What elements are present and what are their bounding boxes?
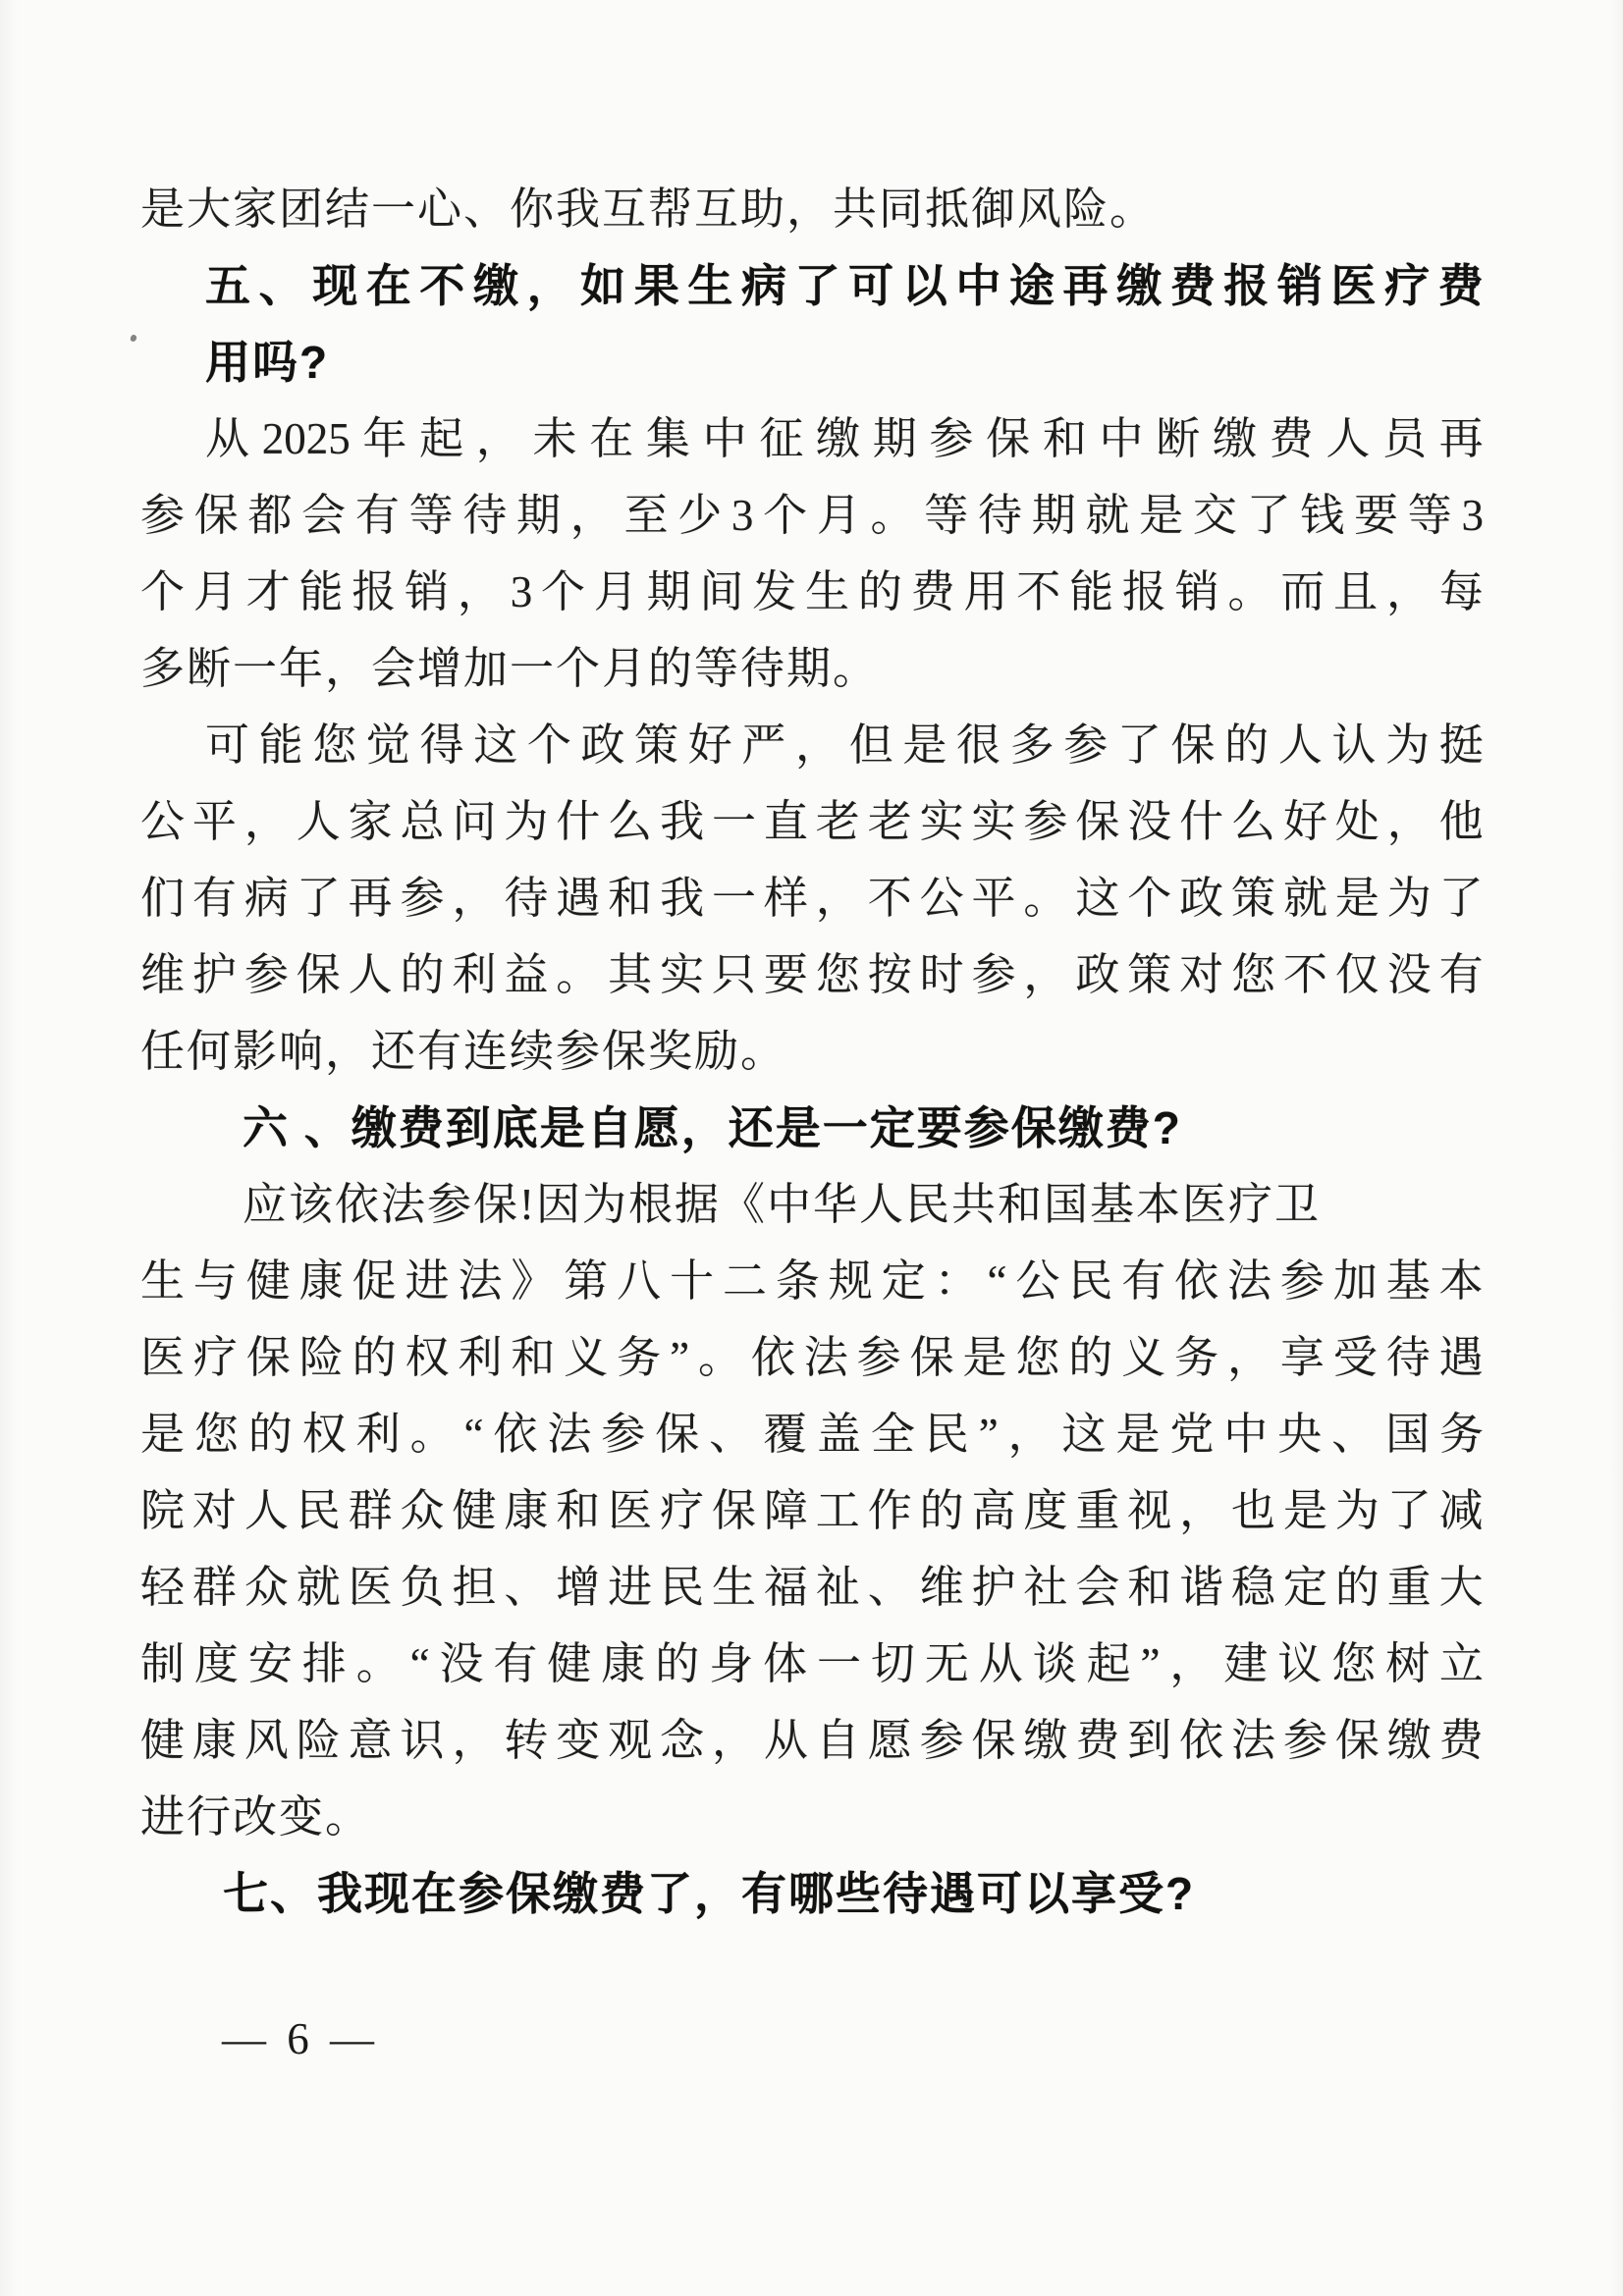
text-line: 维护参保人的利益。其实只要您按时参，政策对您不仅没有 <box>140 936 1484 1013</box>
document-text-block: 是大家团结一心、你我互帮互助，共同抵御风险。 五、现在不缴，如果生病了可以中途再… <box>140 171 1484 1932</box>
text-line: 们有病了再参，待遇和我一样，不公平。这个政策就是为了 <box>140 860 1484 936</box>
text-line: 多断一年，会增加一个月的等待期。 <box>140 630 1484 707</box>
page-number: — 6 — <box>222 2004 379 2073</box>
text-line: 是大家团结一心、你我互帮互助，共同抵御风险。 <box>140 171 1484 247</box>
text-line: 个月才能报销，3个月期间发生的费用不能报销。而且，每 <box>140 554 1484 630</box>
text-line: 从2025年起，未在集中征缴期参保和中断缴费人员再 <box>140 400 1484 477</box>
question-6-heading: 六 、缴费到底是自愿，还是一定要参保缴费? <box>140 1090 1484 1166</box>
scan-speck <box>130 334 137 342</box>
text-line: 制度安排。“没有健康的身体一切无从谈起”，建议您树立 <box>140 1626 1484 1702</box>
text-line: 生与健康促进法》第八十二条规定：“公民有依法参加基本 <box>140 1243 1484 1319</box>
text-line: 应该依法参保!因为根据《中华人民共和国基本医疗卫 <box>140 1166 1484 1243</box>
text-line: 进行改变。 <box>140 1779 1484 1855</box>
text-line: 任何影响，还有连续参保奖励。 <box>140 1013 1484 1090</box>
question-7-heading: 七、我现在参保缴费了，有哪些待遇可以享受? <box>140 1855 1484 1932</box>
question-5-heading-line-1: 五、现在不缴，如果生病了可以中途再缴费报销医疗费 <box>140 247 1484 324</box>
text-line: 参保都会有等待期，至少3个月。等待期就是交了钱要等3 <box>140 477 1484 554</box>
text-line: 院对人民群众健康和医疗保障工作的高度重视，也是为了减 <box>140 1472 1484 1549</box>
text-line: 轻群众就医负担、增进民生福祉、维护社会和谐稳定的重大 <box>140 1549 1484 1626</box>
text-line: 是您的权利。“依法参保、覆盖全民”，这是党中央、国务 <box>140 1396 1484 1472</box>
text-line: 医疗保险的权利和义务”。依法参保是您的义务，享受待遇 <box>140 1319 1484 1396</box>
text-line: 健康风险意识，转变观念，从自愿参保缴费到依法参保缴费 <box>140 1702 1484 1779</box>
document-page: 是大家团结一心、你我互帮互助，共同抵御风险。 五、现在不缴，如果生病了可以中途再… <box>0 0 1623 2296</box>
text-line: 可能您觉得这个政策好严，但是很多参了保的人认为挺 <box>140 707 1484 783</box>
text-line: 公平，人家总问为什么我一直老老实实参保没什么好处，他 <box>140 783 1484 860</box>
question-5-heading-line-2: 用吗? <box>140 324 1484 400</box>
